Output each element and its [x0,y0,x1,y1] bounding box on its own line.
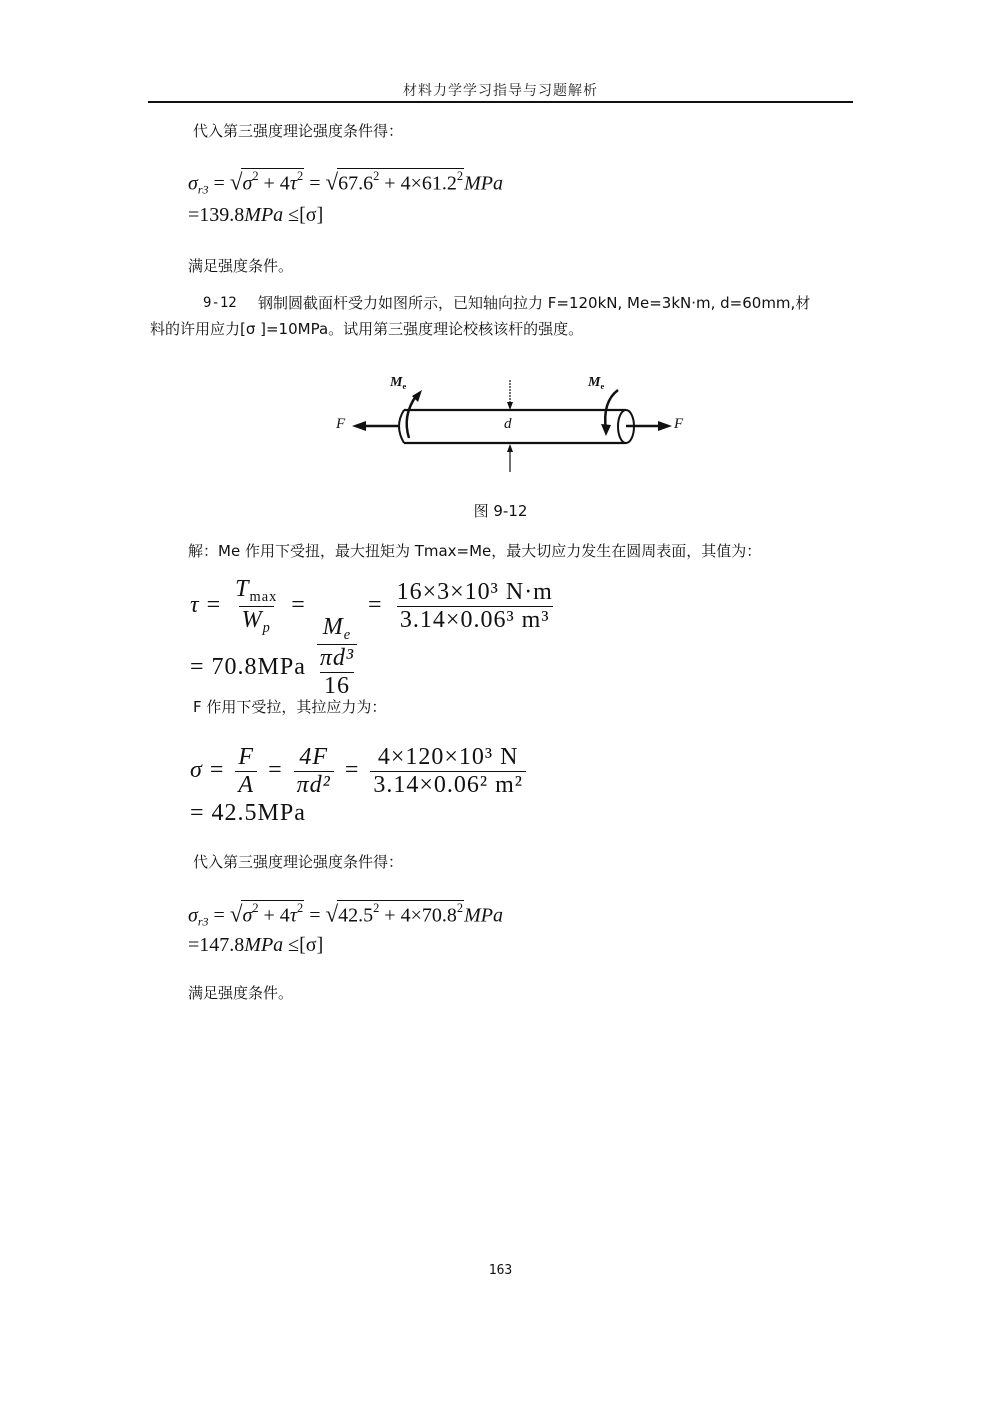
page-number: 163 [0,1263,1001,1278]
W-letter: W [242,607,263,633]
sub-r3: r3 [198,914,209,928]
comparison: ≤[σ] [288,934,323,956]
result-value: =139.8 [188,204,244,226]
label-Me-left: Me [390,375,406,391]
sigma-symbol: σ [190,757,203,783]
value-b: 4×70.8 [401,904,457,926]
p-sub: p [263,620,271,636]
label-d: d [504,416,512,433]
header-rule [148,101,853,103]
problem-number: 9-12 [203,290,237,316]
M-letter: M [323,614,344,640]
sr3-formula-line2: =147.8MPa ≤[σ] [188,934,323,957]
tension-intro: F 作用下受拉，其拉应力为： [193,694,386,720]
tau-symbol: τ [190,592,200,618]
solution-intro: 解：Me 作用下受扭，最大扭矩为 Tmax=Me，最大切应力发生在圆周表面，其值… [188,538,761,564]
pi-d-cubed: πd³ [320,645,354,672]
value-b: 4×61.2 [401,172,457,194]
result-value: =147.8 [188,934,244,956]
value-a: 42.5 [338,904,373,926]
problem-text-line2: 料的许用应力[σ ]=10MPa。试用第三强度理论校核该杆的强度。 [150,316,583,342]
e-sub: e [344,627,351,643]
sr3-formula-line1: σr3 = √σ2 + 4τ2 = √42.52 + 4×70.82MPa [188,900,503,929]
unit: MPa [244,934,283,956]
radicand-2: 42.52 + 4×70.82 [337,900,464,927]
sigma-symbol: σ [188,172,198,194]
M-letter: M [390,375,402,390]
radicand-1: σ2 + 4τ2 [241,900,304,927]
tau-formula: τ = Tmax Wp = Me πd³ 16 = 16×3×10³ N·m 3… [190,576,560,700]
unit: MPa [244,204,283,226]
figure-caption: 图 9-12 [0,500,1001,521]
fraction-4F-over-pid2: 4F πd² [294,744,334,799]
unit: MPa [464,904,503,926]
M-letter: M [588,375,600,390]
A-letter: A [238,772,254,798]
sub-r3: r3 [198,182,209,196]
pi-d-squared: πd² [297,772,331,798]
fraction-numeric: 16×3×10³ N·m 3.14×0.06³ m³ [394,579,556,634]
e-sub: e [402,382,406,391]
final-conclusion: 满足强度条件。 [188,980,293,1006]
tau-result: = 70.8MPa [190,654,306,681]
numeric-denominator: 3.14×0.06² m² [370,771,526,799]
comparison: ≤[σ] [288,204,323,226]
bar-diagram-svg [330,372,700,482]
running-header-title: 材料力学学习指导与习题解析 [0,80,1001,100]
numeric-numerator: 16×3×10³ N·m [394,579,556,606]
numeric-denominator: 3.14×0.06³ m³ [397,606,553,634]
label-Me-right: Me [588,375,604,391]
prev-intro: 代入第三强度理论强度条件得： [193,118,403,144]
fraction-F-over-A: F A [235,744,257,799]
unit: MPa [464,172,503,194]
4F: 4F [299,744,328,770]
prev-formula-line2: =139.8MPa ≤[σ] [188,204,323,227]
radicand-2: 67.62 + 4×61.22 [337,168,464,195]
sigma-result: = 42.5MPa [190,800,306,827]
fraction-numeric: 4×120×10³ N 3.14×0.06² m² [370,744,526,799]
max-sub: max [250,589,278,605]
third-theory-intro: 代入第三强度理论强度条件得： [193,849,403,875]
fraction-T-over-W: Tmax Wp [232,576,280,637]
e-sub: e [600,382,604,391]
fraction-Me-over-polar: Me πd³ 16 [317,614,357,700]
value-a: 67.6 [338,172,373,194]
problem-text-line1: 钢制圆截面杆受力如图所示，已知轴向拉力 F=120kN, Me=3kN·m, d… [258,290,810,316]
numeric-numerator: 4×120×10³ N [375,744,522,771]
sigma-symbol: σ [188,904,198,926]
label-F-left: F [336,416,345,433]
prev-formula-line1: σr3 = √σ2 + 4τ2 = √67.62 + 4×61.22MPa [188,168,503,197]
T-letter: T [235,576,249,602]
F-letter: F [238,744,254,770]
figure-bar-diagram: F F Me Me d [330,372,700,482]
prev-conclusion: 满足强度条件。 [188,253,293,279]
radicand-1: σ2 + 4τ2 [241,168,304,195]
sigma-formula: σ = F A = 4F πd² = 4×120×10³ N 3.14×0.06… [190,744,530,799]
label-F-right: F [674,416,683,433]
